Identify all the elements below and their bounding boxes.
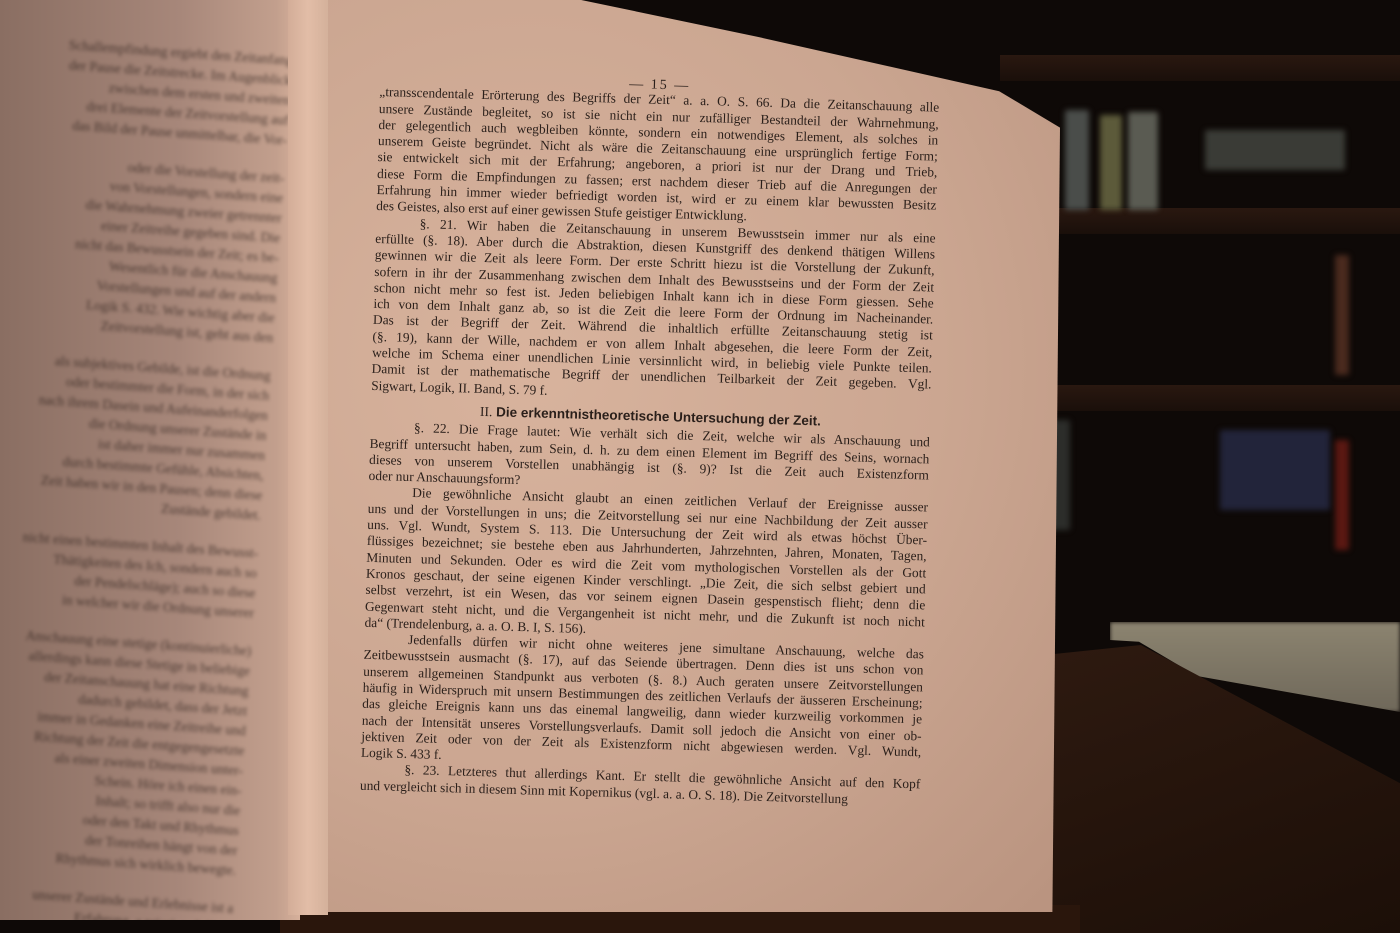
left-page: Schallempfindung ergiebt den Zeitanfangd… (0, 0, 300, 920)
book-spine (1065, 110, 1089, 210)
shelf-board (1000, 208, 1400, 234)
book-spine (1205, 130, 1345, 170)
shelf-board (1000, 385, 1400, 411)
book-spine (1220, 430, 1330, 510)
left-page-text: Schallempfindung ergiebt den Zeitanfangd… (0, 30, 293, 920)
paragraph-block-section-20-21: „transscendentale Erörterung des Begriff… (371, 84, 939, 409)
paragraph-block-section-22-23: §. 22. Die Frage lautet: Wie verhält sic… (360, 419, 930, 809)
book-spine (1128, 112, 1158, 210)
shelf-board (1000, 55, 1400, 81)
book-gutter (288, 0, 328, 915)
book-spine (1335, 255, 1349, 375)
right-page-text: — 15 — „transscendentale Erörterung des … (360, 70, 940, 809)
book-spine (1100, 115, 1122, 210)
section-numeral: II. (480, 404, 493, 419)
book-spine (1335, 440, 1349, 550)
